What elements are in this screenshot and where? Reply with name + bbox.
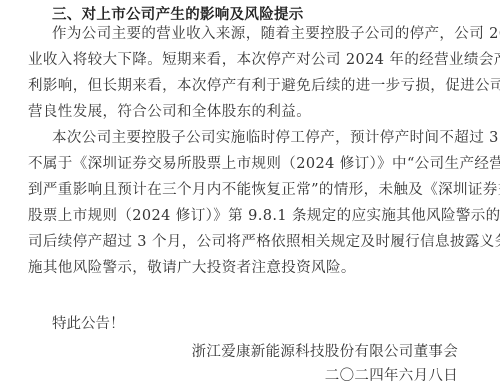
- paragraph-2-line-1: 本次公司主要控股子公司实施临时停工停产，预计停产时间不超过 3 个月，: [52, 128, 460, 148]
- paragraph-2-line-6: 施其他风险警示，敬请广大投资者注意投资风险。: [28, 258, 460, 278]
- paragraph-2-line-5: 司后续停产超过 3 个月，公司将严格依照相关规定及时履行信息披露义务，并实: [28, 232, 460, 252]
- paragraph-1-line-2: 业收入将较大下降。短期来看，本次停产对公司 2024 年的经营业绩会产生较大不: [28, 50, 460, 70]
- announcement-page: 三、对上市公司产生的影响及风险提示 作为公司主要的营业收入来源，随着主要控股子公…: [0, 0, 500, 390]
- signature-date: 二〇二四年六月八日: [325, 364, 458, 385]
- signature-company: 浙江爱康新能源科技股份有限公司董事会: [192, 340, 458, 361]
- paragraph-2-line-3: 到严重影响且预计在三个月内不能恢复正常”的情形，未触及《深圳证券交易所: [28, 180, 460, 200]
- paragraph-2-line-2: 不属于《深圳证券交易所股票上市规则（2024 修订）》中“公司生产经营活动受: [28, 154, 460, 174]
- section-heading: 三、对上市公司产生的影响及风险提示: [52, 3, 304, 24]
- paragraph-2-line-4: 股票上市规则（2024 修订）》第 9.8.1 条规定的应实施其他风险警示的情形…: [28, 206, 460, 226]
- paragraph-1-line-1: 作为公司主要的营业收入来源，随着主要控股子公司的停产，公司 2024 年营: [52, 24, 460, 44]
- paragraph-1-line-4: 营良性发展，符合公司和全体股东的利益。: [28, 102, 460, 122]
- paragraph-1-line-3: 利影响，但长期来看，本次停产有利于避免后续的进一步亏损，促进公司生产经: [28, 76, 460, 96]
- closing-statement: 特此公告！: [52, 312, 125, 333]
